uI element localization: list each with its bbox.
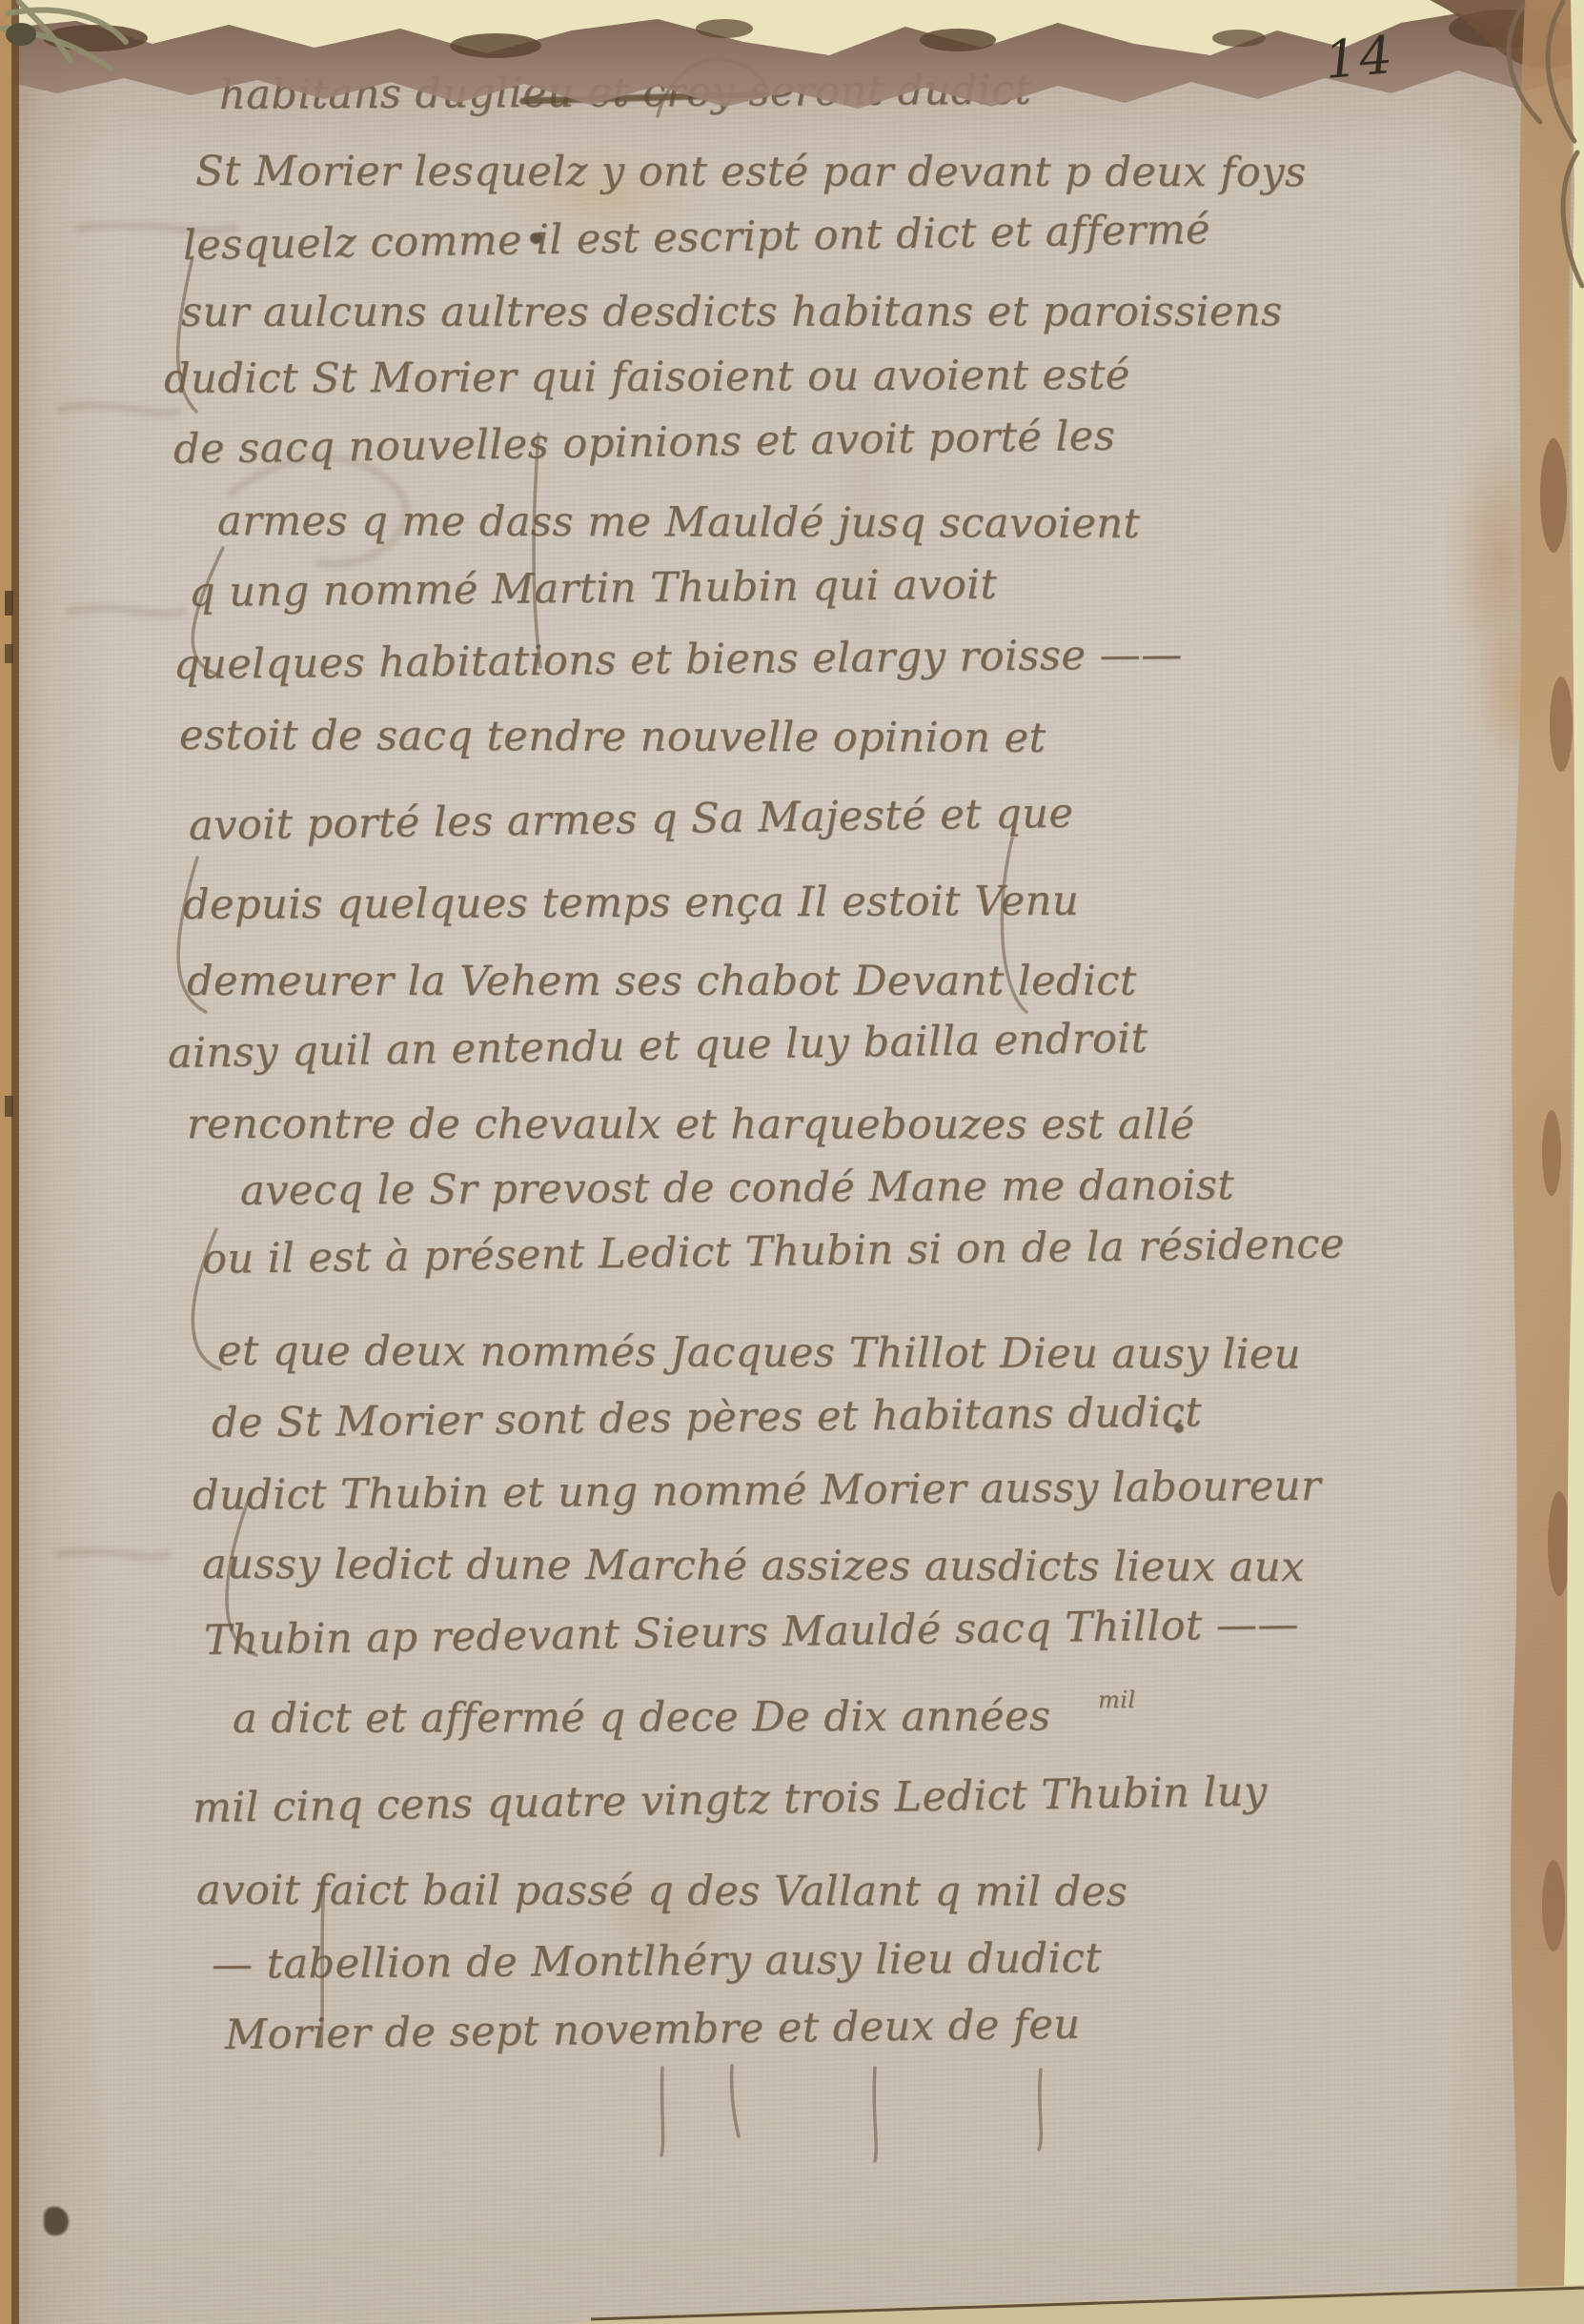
manuscript-line: de sacq nouvelles opinions et avoit port… <box>173 415 1116 472</box>
manuscript-line: Thubin ap redevant Sieurs Mauldé sacq Th… <box>204 1604 1299 1663</box>
manuscript-line: de St Morier sont des pères et habitans … <box>212 1391 1203 1445</box>
paper-stain <box>1430 381 1573 743</box>
paper-stain <box>1487 1029 1584 1277</box>
manuscript-line: ainsy quil an entendu et que luy bailla … <box>168 1018 1148 1076</box>
manuscript-line: a dict et affermé q dece De dix années <box>233 1695 1051 1741</box>
manuscript-line: rencontre de chevaulx et harquebouzes es… <box>187 1103 1194 1147</box>
manuscript-line: demeurer la Vehem ses chabot Devant ledi… <box>187 960 1137 1003</box>
binding-threads <box>2 2 126 69</box>
manuscript-line: estoit de sacq tendre nouvelle opinion e… <box>179 715 1046 760</box>
manuscript-line: dudict Thubin et ung nommé Morier aussy … <box>193 1465 1321 1518</box>
manuscript-line: — tabellion de Montlhéry ausy lieu dudic… <box>212 1937 1102 1987</box>
manuscript-line: et que deux nommés Jacques Thillot Dieu … <box>217 1330 1301 1377</box>
manuscript-line: habitans duglieu et croy seront dudict <box>219 70 1032 117</box>
ink-blot <box>44 2207 69 2235</box>
manuscript-line: armes q me dass me Mauldé jusq scavoient <box>217 500 1140 546</box>
manuscript-line: avecq le Sr prevost de condé Mane me dan… <box>240 1164 1234 1213</box>
manuscript-line: quelques habitations et biens elargy roi… <box>173 634 1183 687</box>
manuscript-line: sur aulcuns aultres desdicts habitans et… <box>181 291 1283 334</box>
manuscript-line: avoit porté les armes q Sa Majesté et qu… <box>189 793 1074 848</box>
manuscript-line: mil <box>1098 1688 1136 1712</box>
manuscript-line: depuis quelques temps ença Il estoit Ven… <box>183 880 1079 927</box>
page-number: 14 <box>1323 30 1396 87</box>
manuscript-line: aussy ledict dune Marché assizes ausdict… <box>202 1544 1305 1589</box>
manuscript-line: q ung nommé Martin Thubin qui avoit <box>189 564 998 615</box>
manuscript-line: dudict St Morier qui faisoient ou avoien… <box>164 354 1130 401</box>
manuscript-page: habitans duglieu et croy seront dudictSt… <box>0 0 1584 2324</box>
paper-stain <box>1449 591 1584 800</box>
manuscript-line: lesquelz comme il est escript ont dict e… <box>183 209 1211 268</box>
manuscript-line: ou il est à présent Ledict Thubin si on … <box>202 1223 1345 1282</box>
manuscript-line: avoit faict bail passé q des Vallant q m… <box>196 1869 1127 1914</box>
manuscript-line: mil cinq cens quatre vingtz trois Ledict… <box>193 1770 1268 1830</box>
manuscript-line: Morier de sept novembre et deux de feu <box>225 2004 1081 2057</box>
manuscript-line: St Morier lesquelz y ont esté par devant… <box>195 151 1307 194</box>
